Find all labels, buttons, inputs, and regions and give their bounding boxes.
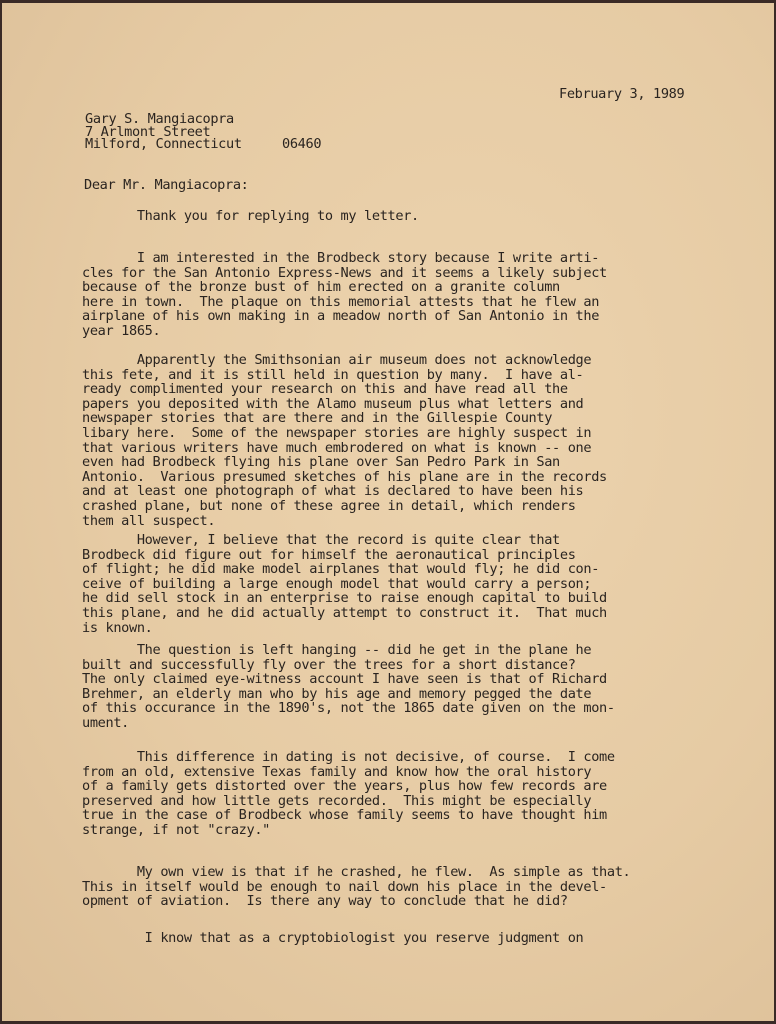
paragraph-line: Brodbeck did figure out for himself the …	[82, 548, 607, 563]
paragraph-line: from an old, extensive Texas family and …	[82, 765, 615, 780]
paragraph-line: of this occurance in the 1890's, not the…	[82, 701, 615, 716]
paragraph-line: he did sell stock in an enterprise to ra…	[82, 591, 607, 606]
recipient-zip: 06460	[282, 136, 321, 152]
letter-date: February 3, 1989	[559, 86, 684, 102]
paragraph-line: opment of aviation. Is there any way to …	[82, 894, 630, 909]
paragraph-line: ceive of building a large enough model t…	[82, 577, 607, 592]
paragraph-line: this plane, and he did actually attempt …	[82, 606, 607, 621]
paragraph-line: My own view is that if he crashed, he fl…	[82, 865, 630, 880]
paragraph-line: papers you deposited with the Alamo muse…	[82, 397, 607, 412]
paragraph-line: Brehmer, an elderly man who by his age a…	[82, 687, 615, 702]
paragraph-line: because of the bronze bust of him erecte…	[82, 280, 607, 295]
paragraph-line: true in the case of Brodbeck whose famil…	[82, 808, 615, 823]
paragraph-line: Thank you for replying to my letter.	[82, 209, 419, 224]
paragraph-line: strange, if not "crazy."	[82, 823, 615, 838]
paragraph-line: built and successfully fly over the tree…	[82, 658, 615, 673]
paragraph-dating: This difference in dating is not decisiv…	[82, 750, 615, 838]
paragraph-line: of a family gets distorted over the year…	[82, 779, 615, 794]
paragraph-line: ready complimented your research on this…	[82, 382, 607, 397]
paragraph-line: I am interested in the Brodbeck story be…	[82, 251, 607, 266]
letter-page: February 3, 1989 Gary S. Mangiacopra 7 A…	[2, 3, 774, 1021]
recipient-city-state: Milford, Connecticut	[85, 138, 242, 151]
paragraph-line: newspaper stories that are there and in …	[82, 411, 607, 426]
paragraph-line: of flight; he did make model airplanes t…	[82, 562, 607, 577]
paragraph-line: libary here. Some of the newspaper stori…	[82, 426, 607, 441]
paragraph-line: even had Brodbeck flying his plane over …	[82, 455, 607, 470]
paragraph-line: that various writers have much embrodere…	[82, 441, 607, 456]
salutation: Dear Mr. Mangiacopra:	[84, 177, 249, 193]
paragraph-thanks: Thank you for replying to my letter.	[82, 209, 419, 224]
paragraph-interest: I am interested in the Brodbeck story be…	[82, 251, 607, 339]
paragraph-line: them all suspect.	[82, 514, 607, 529]
paragraph-record: However, I believe that the record is qu…	[82, 533, 607, 635]
paragraph-line: cles for the San Antonio Express-News an…	[82, 266, 607, 281]
paragraph-line: Apparently the Smithsonian air museum do…	[82, 353, 607, 368]
paragraph-line: The question is left hanging -- did he g…	[82, 643, 615, 658]
paragraph-line: crashed plane, but none of these agree i…	[82, 499, 607, 514]
paragraph-smithsonian: Apparently the Smithsonian air museum do…	[82, 353, 607, 528]
paragraph-line: year 1865.	[82, 324, 607, 339]
recipient-address: Gary S. Mangiacopra 7 Arlmont Street Mil…	[85, 113, 242, 151]
paragraph-own-view: My own view is that if he crashed, he fl…	[82, 865, 630, 909]
paragraph-line: here in town. The plaque on this memoria…	[82, 295, 607, 310]
paragraph-line: preserved and how little gets recorded. …	[82, 794, 615, 809]
paragraph-line: airplane of his own making in a meadow n…	[82, 309, 607, 324]
paragraph-line: ument.	[82, 716, 615, 731]
paragraph-question: The question is left hanging -- did he g…	[82, 643, 615, 731]
paragraph-line: Antonio. Various presumed sketches of hi…	[82, 470, 607, 485]
paragraph-line: is known.	[82, 621, 607, 636]
paragraph-line: I know that as a cryptobiologist you res…	[82, 931, 583, 946]
paragraph-line: The only claimed eye-witness account I h…	[82, 672, 615, 687]
paragraph-line: This in itself would be enough to nail d…	[82, 880, 630, 895]
paragraph-line: this fete, and it is still held in quest…	[82, 368, 607, 383]
paragraph-cryptobiologist: I know that as a cryptobiologist you res…	[82, 931, 583, 946]
paragraph-line: and at least one photograph of what is d…	[82, 484, 607, 499]
paragraph-line: This difference in dating is not decisiv…	[82, 750, 615, 765]
paragraph-line: However, I believe that the record is qu…	[82, 533, 607, 548]
